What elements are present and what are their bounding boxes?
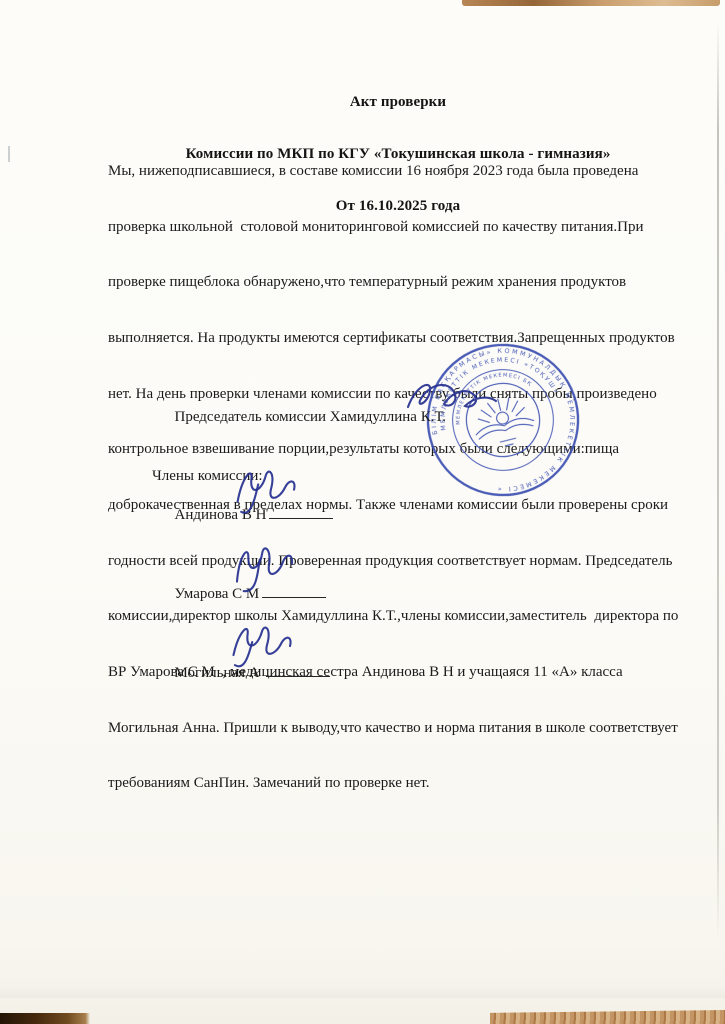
chairman-signature-row: Председатель комиссии Хамидуллина К.Т. [152, 388, 446, 467]
member-signature-ink [228, 536, 318, 596]
scan-edge-top-right [462, 0, 720, 6]
scan-edge-bottom-left [0, 1013, 90, 1024]
body-line: проверка школьной столовой мониторингово… [108, 218, 678, 237]
scan-mark-left [8, 146, 10, 162]
body-line: проверке пищеблока обнаружено,что темпер… [108, 273, 678, 292]
member-signature-row: Могильная А [152, 644, 446, 723]
body-line: Мы, нижеподписавшиеся, в составе комисси… [108, 162, 678, 181]
scan-shadow-band [0, 986, 725, 998]
member-signature-ink [231, 461, 319, 518]
body-line: требованиям СанПин. Замечаний по проверк… [108, 774, 678, 793]
scan-edge-bottom-right [490, 1010, 725, 1024]
signature-block: Председатель комиссии Хамидуллина К.Т. Ч… [152, 388, 446, 723]
member-signature-ink [227, 617, 316, 675]
chairman-signature-ink [404, 376, 504, 420]
scanned-page: Акт проверки Комиссии по МКП по КГУ «Ток… [0, 0, 725, 1024]
body-line: выполняется. На продукты имеются сертифи… [108, 329, 678, 348]
paper-edge-right [717, 20, 719, 942]
document-title: Акт проверки [100, 94, 696, 111]
